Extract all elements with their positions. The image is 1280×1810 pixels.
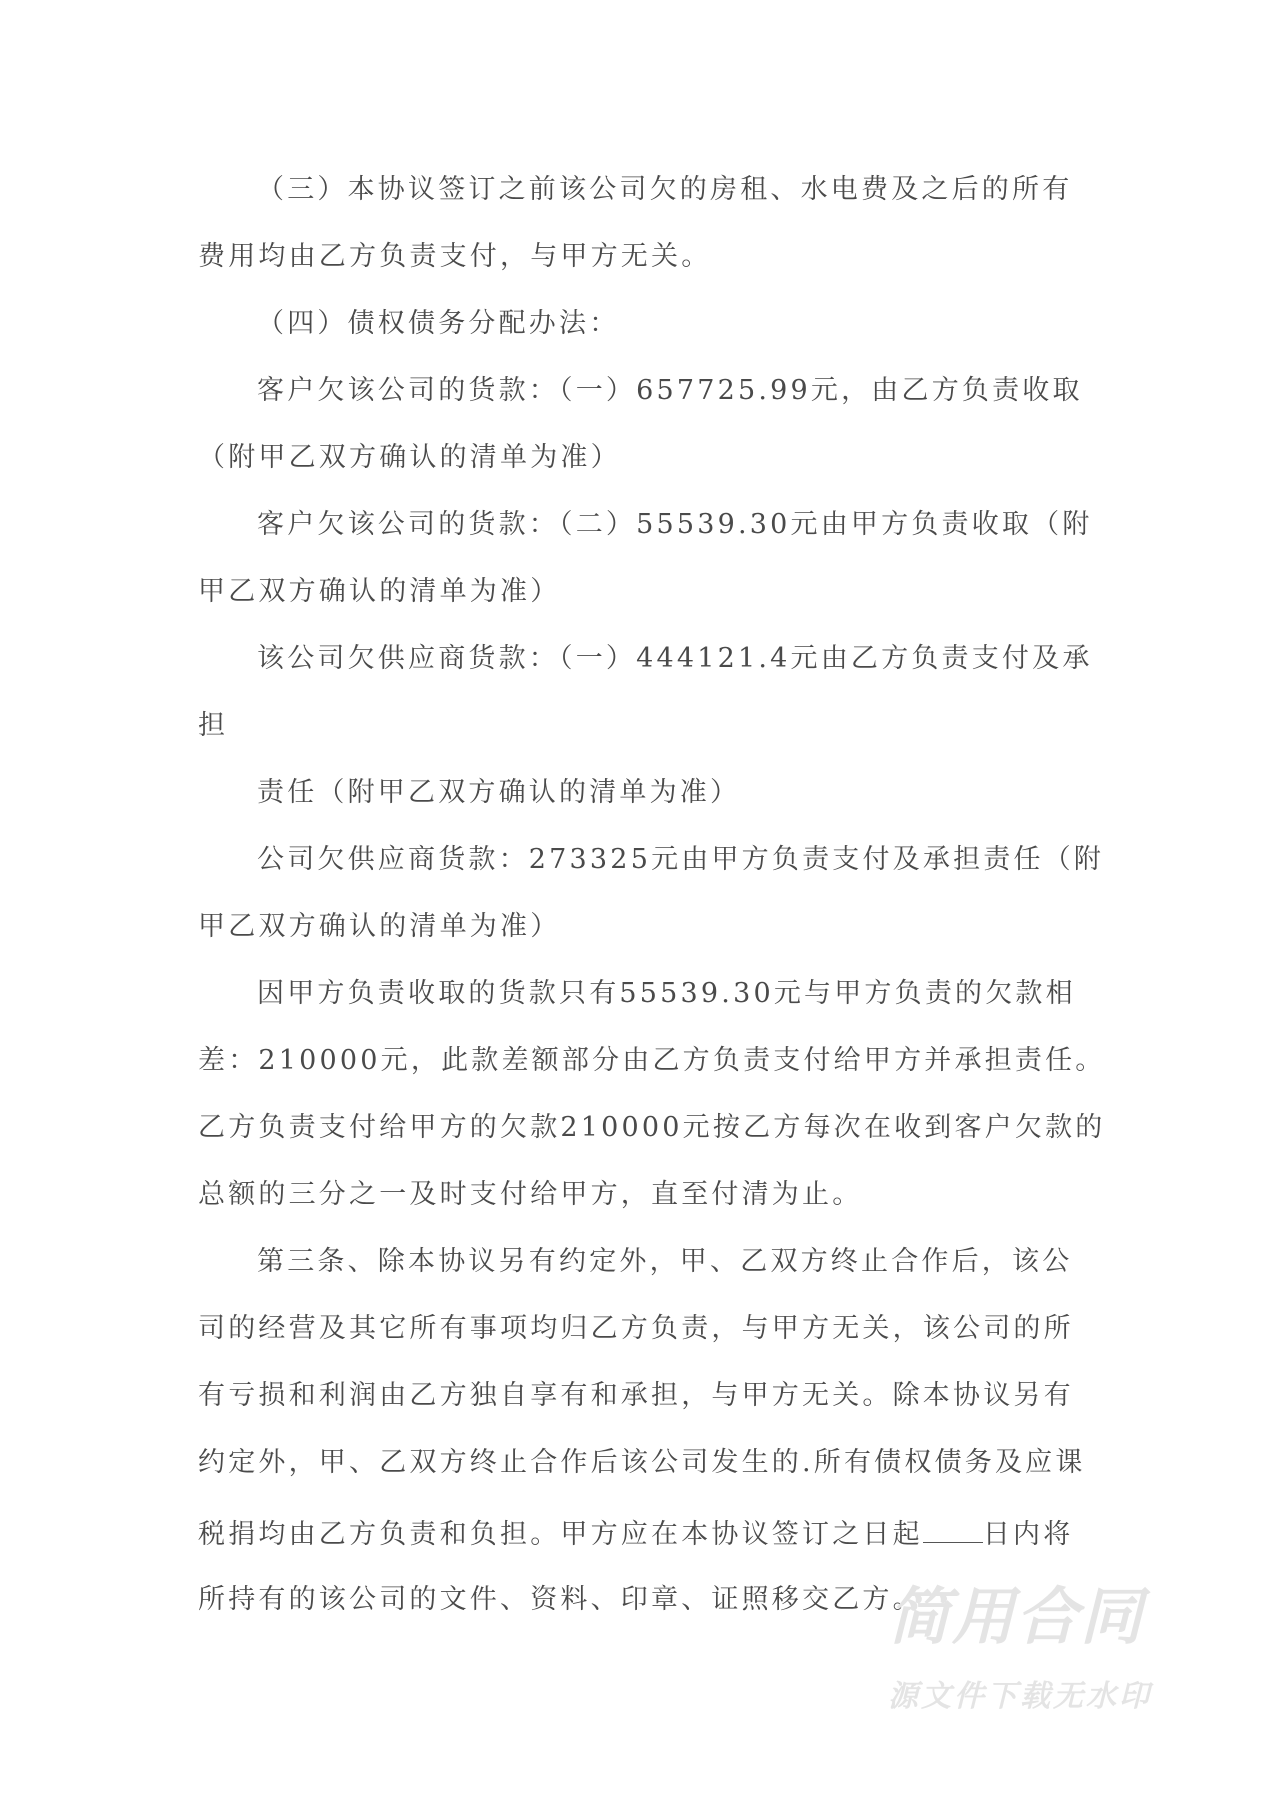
paragraph-line: 甲乙双方确认的清单为准）: [198, 572, 560, 612]
paragraph-line: 司的经营及其它所有事项均归乙方负责，与甲方无关，该公司的所: [198, 1309, 1074, 1349]
line-text-after-blank: 日内将: [983, 1519, 1074, 1550]
paragraph-line: 责任（附甲乙双方确认的清单为准）: [257, 773, 740, 813]
line-text-before-blank: 税捐均由乙方负责和负担。甲方应在本协议签订之日起: [198, 1519, 923, 1550]
article-heading-line: 第三条、除本协议另有约定外，甲、乙双方终止合作后，该公: [257, 1242, 1072, 1282]
watermark-subtitle: 源文件下载无水印: [888, 1678, 1152, 1716]
paragraph-line: 公司欠供应商货款：273325元由甲方负责支付及承担责任（附: [257, 840, 1104, 880]
paragraph-line: 总额的三分之一及时支付给甲方，直至付清为止。: [198, 1175, 862, 1215]
section-heading: （四）债权债务分配办法：: [257, 304, 619, 344]
paragraph-line: 该公司欠供应商货款：（一）444121.4元由乙方负责支付及承: [257, 639, 1093, 679]
paragraph-line: 客户欠该公司的货款：（一）657725.99元，由乙方负责收取: [257, 371, 1083, 411]
paragraph-line: 因甲方负责收取的货款只有55539.30元与甲方负责的欠款相: [257, 974, 1076, 1014]
paragraph-line: 费用均由乙方负责支付，与甲方无关。: [198, 237, 711, 277]
paragraph-line: （附甲乙双方确认的清单为准）: [198, 438, 621, 478]
fill-in-blank: [923, 1516, 983, 1543]
paragraph-line: 甲乙双方确认的清单为准）: [198, 907, 560, 947]
paragraph-line: 担: [198, 706, 228, 746]
paragraph-line: 约定外，甲、乙双方终止合作后该公司发生的.所有债权债务及应课: [198, 1443, 1086, 1483]
paragraph-line-with-blank: 税捐均由乙方负责和负担。甲方应在本协议签订之日起日内将: [198, 1515, 1073, 1555]
paragraph-line: 所持有的该公司的文件、资料、印章、证照移交乙方。: [198, 1580, 923, 1620]
watermark-title: 简用合同: [888, 1582, 1144, 1652]
paragraph-line: 客户欠该公司的货款：（二）55539.30元由甲方负责收取（附: [257, 505, 1093, 545]
paragraph-line: 乙方负责支付给甲方的欠款210000元按乙方每次在收到客户欠款的: [198, 1108, 1105, 1148]
paragraph-line: （三）本协议签订之前该公司欠的房租、水电费及之后的所有: [257, 170, 1072, 210]
paragraph-line: 差：210000元，此款差额部分由乙方负责支付给甲方并承担责任。: [198, 1041, 1105, 1081]
paragraph-line: 有亏损和利润由乙方独自享有和承担，与甲方无关。除本协议另有: [198, 1376, 1074, 1416]
document-page: （三）本协议签订之前该公司欠的房租、水电费及之后的所有 费用均由乙方负责支付，与…: [0, 0, 1280, 1810]
